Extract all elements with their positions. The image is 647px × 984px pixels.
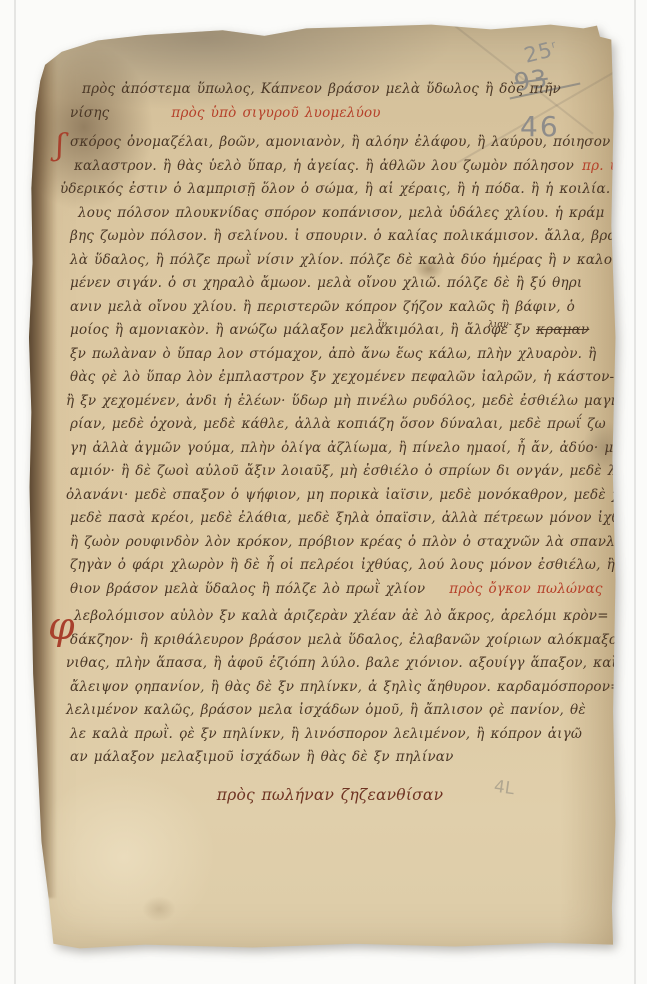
manuscript-line: ὀλανάνι· μεδὲ σπαξον ὁ ψήφιον, μη πορικὰ… [66, 484, 590, 508]
text-segment: δάκζηον· ἢ κριθάλευρον βράσον μελὰ ὕδαλο… [70, 632, 625, 648]
text-segment: ζηγὰν ὀ φάρι χλωρὸν ἢ δὲ ἦ οἱ πελρέοι ἰχ… [70, 557, 647, 573]
text-segment: ρίαν, μεδὲ ὀχονὰ, μεδὲ κάθλε, ἀλλὰ κοπιά… [70, 416, 606, 432]
manuscript-line: μεδὲ πασὰ κρέοι, μεδὲ ἐλάθια, μεδὲ ξηλὰ … [70, 507, 590, 531]
manuscript-line: ὑδερικός ἐστιν ὁ λαμπρισῇ ὅλον ὁ σώμα, ἢ… [60, 178, 590, 202]
text-segment: θιον βράσον μελὰ ὕδαλος ἢ πόλζε λὸ πρωῒ … [70, 581, 425, 597]
manuscript-line: μένεν σιγάν. ὁ σι χηραλὸ ἄμωον. μελὰ οἴν… [70, 272, 590, 296]
manuscript-line: λελιμένον καλῶς, βράσον μελα ἰσχάδων ὁμο… [66, 699, 590, 723]
manuscript-line: λὰ ὕδαλος, ἢ πόλζε πρωῒ νίσιν χλίον. πόλ… [70, 249, 590, 273]
text-segment: κραμαν [536, 322, 589, 338]
text-segment: βης ζωμὸν πόλσον. ἢ σελίνου. ἰ σπουριν. … [70, 228, 647, 244]
manuscript-line: λους πόλσον πλουκνίδας σπόρον κοπάνισον,… [70, 202, 590, 226]
manuscript-line: πρὸς πωλήναν ζηζεανθίσαν [70, 784, 590, 808]
manuscript-line: νίσηςπρὸς ὑπὸ σιγυροῦ λυομελύου [70, 102, 590, 126]
text-segment: καλαστρον. ἢ θὰς ὑελὸ ὕπαρ, ἡ ἀγείας. ἢ … [74, 158, 574, 174]
manuscript-line: μοίος ἢ αμονιακὸν. ἢ ανώζω μάλαξον μελακ… [70, 319, 590, 343]
text-segment: ξν πωλὰναν ὸ ὕπαρ λον στόμαχον, ἀπὸ ἄνω … [70, 346, 596, 362]
text-segment: λὰ ὕδαλος, ἢ πόλζε πρωῒ νίσιν χλίον. πόλ… [70, 252, 621, 268]
text-segment: θὰς ϙὲ λὸ ὕπαρ λὸν ἐμπλαστρον ξν χεχομέν… [70, 369, 614, 385]
manuscript-page: 25r 93 46 4L πρὸς ἀπόστεμα ὕπωλος, Κάπνε… [26, 20, 622, 954]
text-segment: νίσης [70, 105, 109, 121]
text-segment: ανιν μελὰ οἴνου χλίου. ἢ περιστερῶν κόπρ… [70, 299, 575, 315]
manuscript-line: γη ἀλλὰ ἀγμῶν γούμα, πλὴν ὀλίγα ἀζλίωμα,… [70, 437, 590, 461]
manuscript-line: βης ζωμὸν πόλσον. ἢ σελίνου. ἰ σπουριν. … [70, 225, 590, 249]
manuscript-line: δάκζηον· ἢ κριθάλευρον βράσον μελὰ ὕδαλο… [70, 629, 590, 653]
text-segment: ἄλειψον ϙηπανίον, ἢ θὰς δὲ ξν πηλίνκν, ἀ… [70, 679, 622, 695]
rubric-segment: πρὸς ὄγκον πωλώνας [449, 581, 602, 597]
scan-seam-right [634, 0, 636, 984]
text-segment: λους πόλσον πλουκνίδας σπόρον κοπάνισον,… [78, 205, 605, 221]
manuscript-line: λεβολόμισον αὐλὸν ξν καλὰ ἀριζερὰν χλέαν… [70, 605, 590, 629]
manuscript-line: ξν πωλὰναν ὸ ὕπαρ λον στόμαχον, ἀπὸ ἄνω … [70, 343, 590, 367]
manuscript-line: νιθας, πλὴν ἅπασα, ἢ ἀφοῦ ἐζιόπη λύλο. β… [66, 652, 590, 676]
red-paragraph-mark: ʃ [56, 128, 64, 163]
manuscript-line: σκόρος ὀνομαζέλαι, βοῶν, αμονιανὸν, ἢ αλ… [70, 131, 590, 155]
text-segment: μοίος ἢ αμονιακὸν. ἢ ανώζω μάλαξον μελακ… [70, 322, 536, 338]
manuscript-line: πρὸς ἀπόστεμα ὕπωλος, Κάπνεον βράσον μελ… [70, 78, 590, 102]
text-segment: ὀλανάνι· μεδὲ σπαξον ὁ ψήφιον, μη πορικὰ… [66, 487, 647, 503]
manuscript-line: ἢ ζωὸν ρουφινδὸν λὸν κρόκον, πρόβιον κρέ… [70, 531, 590, 555]
rubric-segment: πρ. ὑδδρικὸν [582, 158, 647, 174]
manuscript-line: αμιόν· ἢ δὲ ζωοὶ αὐλοῦ ἄξιν λοιαῦξ, μὴ ἐ… [70, 460, 590, 484]
manuscript-line: θιον βράσον μελὰ ὕδαλος ἢ πόλζε λὸ πρωῒ … [70, 578, 590, 602]
manuscript-line: αν μάλαξον μελαξιμοῦ ἰσχάδων ἢ θὰς δὲ ξν… [70, 746, 590, 770]
manuscript-line: ἄλειψον ϙηπανίον, ἢ θὰς δὲ ξν πηλίνκν, ἀ… [70, 676, 590, 700]
text-segment: ἢ ζωὸν ρουφινδὸν λὸν κρόκον, πρόβιον κρέ… [70, 534, 647, 550]
text-segment: γη ἀλλὰ ἀγμῶν γούμα, πλὴν ὀλίγα ἀζλίωμα,… [70, 440, 647, 456]
scan-seam-left [14, 0, 16, 984]
rubric-segment: πρὸς ὑπὸ σιγυροῦ λυομελύου [171, 105, 380, 121]
text-segment: μεδὲ πασὰ κρέοι, μεδὲ ἐλάθια, μεδὲ ξηλὰ … [70, 510, 635, 526]
text-segment: νιθας, πλὴν ἅπασα, ἢ ἀφοῦ ἐζιόπη λύλο. β… [66, 655, 617, 671]
text-segment: αμιόν· ἢ δὲ ζωοὶ αὐλοῦ ἄξιν λοιαῦξ, μὴ ἐ… [70, 463, 647, 479]
text-segment: λεβολόμισον αὐλὸν ξν καλὰ ἀριζερὰν χλέαν… [74, 608, 609, 624]
manuscript-line: ανιν μελὰ οἴνου χλίου. ἢ περιστερῶν κόπρ… [70, 296, 590, 320]
text-segment: σκόρος ὀνομαζέλαι, βοῶν, αμονιανὸν, ἢ αλ… [70, 134, 624, 150]
text-segment: αν μάλαξον μελαξιμοῦ ἰσχάδων ἢ θὰς δὲ ξν… [70, 749, 454, 765]
stain-spot [142, 896, 176, 922]
manuscript-line: καλαστρον. ἢ θὰς ὑελὸ ὕπαρ, ἡ ἀγείας. ἢ … [70, 155, 590, 179]
manuscript-line: ζηγὰν ὀ φάρι χλωρὸν ἢ δὲ ἦ οἱ πελρέοι ἰχ… [70, 554, 590, 578]
manuscript-page-wrap: 25r 93 46 4L πρὸς ἀπόστεμα ὕπωλος, Κάπνε… [26, 20, 622, 954]
text-segment: ἢ ξν χεχομένεν, ἀνδι ἡ ἐλέων· ὕδωρ μὴ πι… [66, 393, 619, 409]
manuscript-text-block: πρὸς ἀπόστεμα ὕπωλος, Κάπνεον βράσον μελ… [70, 78, 590, 807]
manuscript-line: ρίαν, μεδὲ ὀχονὰ, μεδὲ κάθλε, ἀλλὰ κοπιά… [70, 413, 590, 437]
binding-edge [27, 57, 57, 898]
text-segment: λελιμένον καλῶς, βράσον μελα ἰσχάδων ὁμο… [66, 702, 586, 718]
manuscript-line: ἢ ξν χεχομένεν, ἀνδι ἡ ἐλέων· ὕδωρ μὴ πι… [66, 390, 590, 414]
text-segment: πρὸς ἀπόστεμα ὕπωλος, Κάπνεον βράσον μελ… [82, 81, 561, 97]
folio-number-current: 25r [522, 36, 561, 67]
manuscript-line: θὰς ϙὲ λὸ ὕπαρ λὸν ἐμπλαστρον ξν χεχομέν… [70, 366, 590, 390]
rubric-segment: πρὸς πωλήναν ζηζεανθίσαν [217, 786, 443, 804]
text-segment: ὑδερικός ἐστιν ὁ λαμπρισῇ ὅλον ὁ σώμα, ἢ… [60, 181, 642, 197]
text-segment: μένεν σιγάν. ὁ σι χηραλὸ ἄμωον. μελὰ οἴν… [70, 275, 582, 291]
manuscript-line: λε καλὰ πρωῒ. ϙὲ ξν πηλίνκν, ἢ λινόσπορο… [70, 723, 590, 747]
text-segment: λε καλὰ πρωῒ. ϙὲ ξν πηλίνκν, ἢ λινόσπορο… [70, 726, 582, 742]
